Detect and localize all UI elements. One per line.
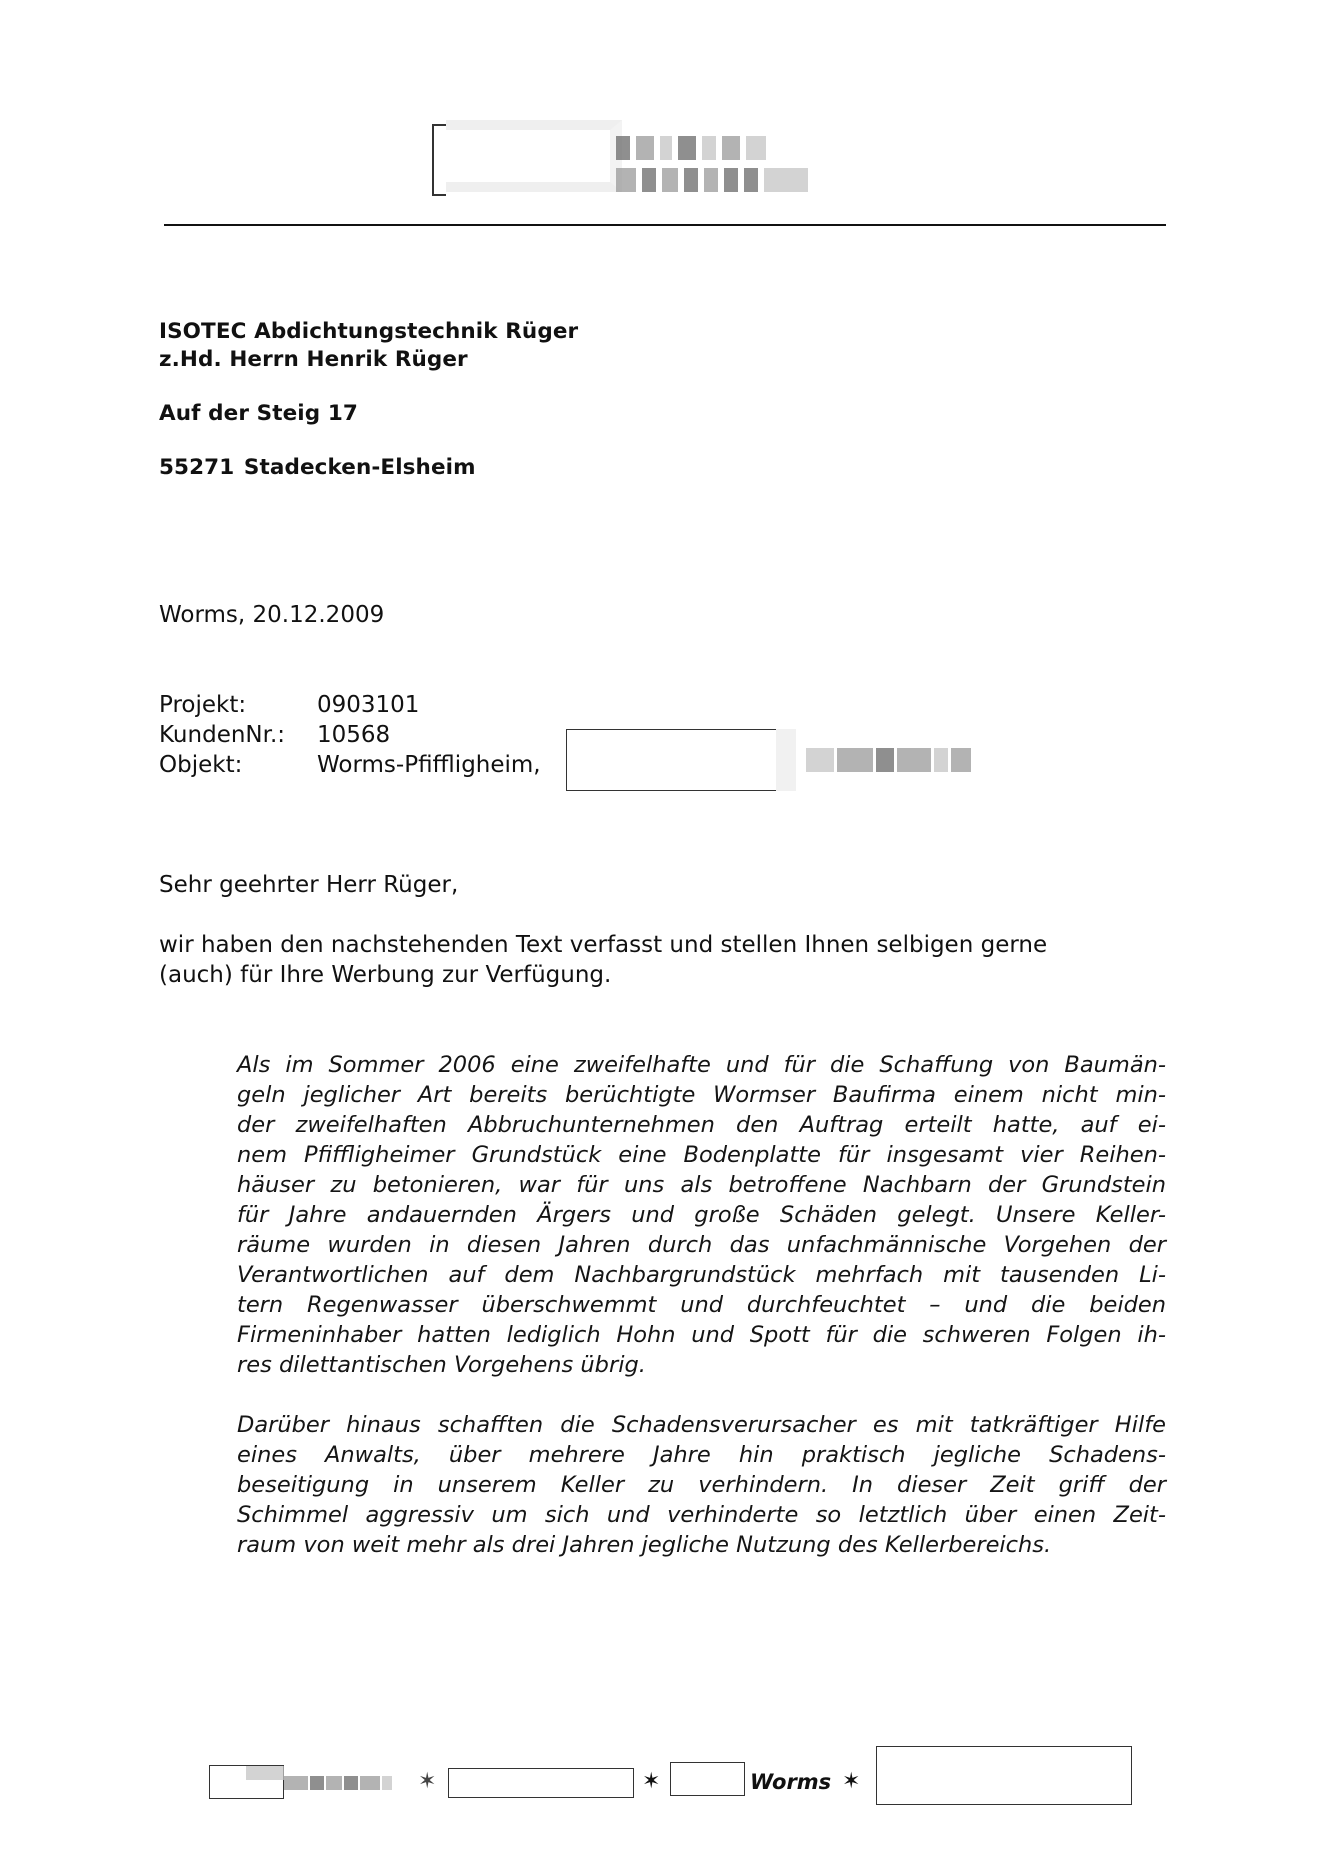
footer-pixelated-text-2 (284, 1776, 392, 1790)
text-line: für Jahre andauernden Ärgers und große S… (237, 1200, 1166, 1230)
footer-separator-icon: ✶ (418, 1770, 436, 1794)
text-line: res dilettantischen Vorgehens übrig. (237, 1350, 1166, 1380)
text-line: Verantwortlichen auf dem Nachbargrundstü… (237, 1260, 1166, 1290)
intro-line-1: wir haben den nachstehenden Text verfass… (159, 930, 1047, 960)
testimonial-paragraph-1: Als im Sommer 2006 eine zweifelhafte und… (237, 1050, 1166, 1380)
text-line: der zweifelhaften Abbruchunternehmen den… (237, 1110, 1166, 1140)
testimonial-paragraph-2: Darüber hinaus schafften die Schadensver… (237, 1410, 1166, 1560)
logo-redaction-box (446, 120, 622, 192)
footer-separator-icon: ✶ (642, 1770, 660, 1794)
text-line: tern Regenwasser überschwemmt und durchf… (237, 1290, 1166, 1320)
header-divider (164, 224, 1166, 226)
recipient-city: 55271 Stadecken-Elsheim (159, 454, 476, 482)
object-address-redaction-fade (776, 729, 796, 791)
text-line: raum von weit mehr als drei Jahren jegli… (237, 1530, 1166, 1560)
text-line: geln jeglicher Art bereits berüchtigte W… (237, 1080, 1166, 1110)
footer-redaction-3 (670, 1762, 745, 1796)
recipient-company: ISOTEC Abdichtungstechnik Rüger (159, 318, 578, 346)
recipient-street: Auf der Steig 17 (159, 400, 358, 428)
intro-line-2: (auch) für Ihre Werbung zur Verfügung. (159, 960, 611, 990)
text-line: räume wurden in diesen Jahren durch das … (237, 1230, 1166, 1260)
project-value: 0903101 (317, 690, 419, 720)
date-line: Worms, 20.12.2009 (159, 600, 384, 630)
object-address-redaction (566, 729, 778, 791)
footer-separator-icon: ✶ (842, 1770, 860, 1794)
letterhead-pixelated-line-2 (616, 168, 808, 192)
footer-redaction-2 (448, 1768, 634, 1798)
text-line: eines Anwalts, über mehrere Jahre hin pr… (237, 1440, 1166, 1470)
footer-city: Worms (750, 1770, 831, 1794)
text-line: Firmeninhaber hatten lediglich Hohn und … (237, 1320, 1166, 1350)
text-line: Als im Sommer 2006 eine zweifelhafte und… (237, 1050, 1166, 1080)
text-line: beseitigung in unserem Keller zu verhind… (237, 1470, 1166, 1500)
object-label: Objekt: (159, 750, 242, 780)
footer-redaction-4 (876, 1746, 1132, 1805)
salutation: Sehr geehrter Herr Rüger, (159, 870, 458, 900)
footer-pixelated-text (246, 1766, 284, 1780)
object-value: Worms-Pfiffligheim, (317, 750, 541, 780)
customer-number-label: KundenNr.: (159, 720, 285, 750)
text-line: Schimmel aggressiv um sich und verhinder… (237, 1500, 1166, 1530)
logo-redaction-bracket (432, 124, 446, 196)
text-line: Darüber hinaus schafften die Schadensver… (237, 1410, 1166, 1440)
object-address-pixelated (806, 748, 971, 772)
text-line: häuser zu betonieren, war für uns als be… (237, 1170, 1166, 1200)
recipient-attention: z.Hd. Herrn Henrik Rüger (159, 346, 468, 374)
project-label: Projekt: (159, 690, 246, 720)
customer-number-value: 10568 (317, 720, 390, 750)
text-line: nem Pfiffligheimer Grundstück eine Boden… (237, 1140, 1166, 1170)
letterhead-pixelated-line-1 (616, 136, 766, 160)
